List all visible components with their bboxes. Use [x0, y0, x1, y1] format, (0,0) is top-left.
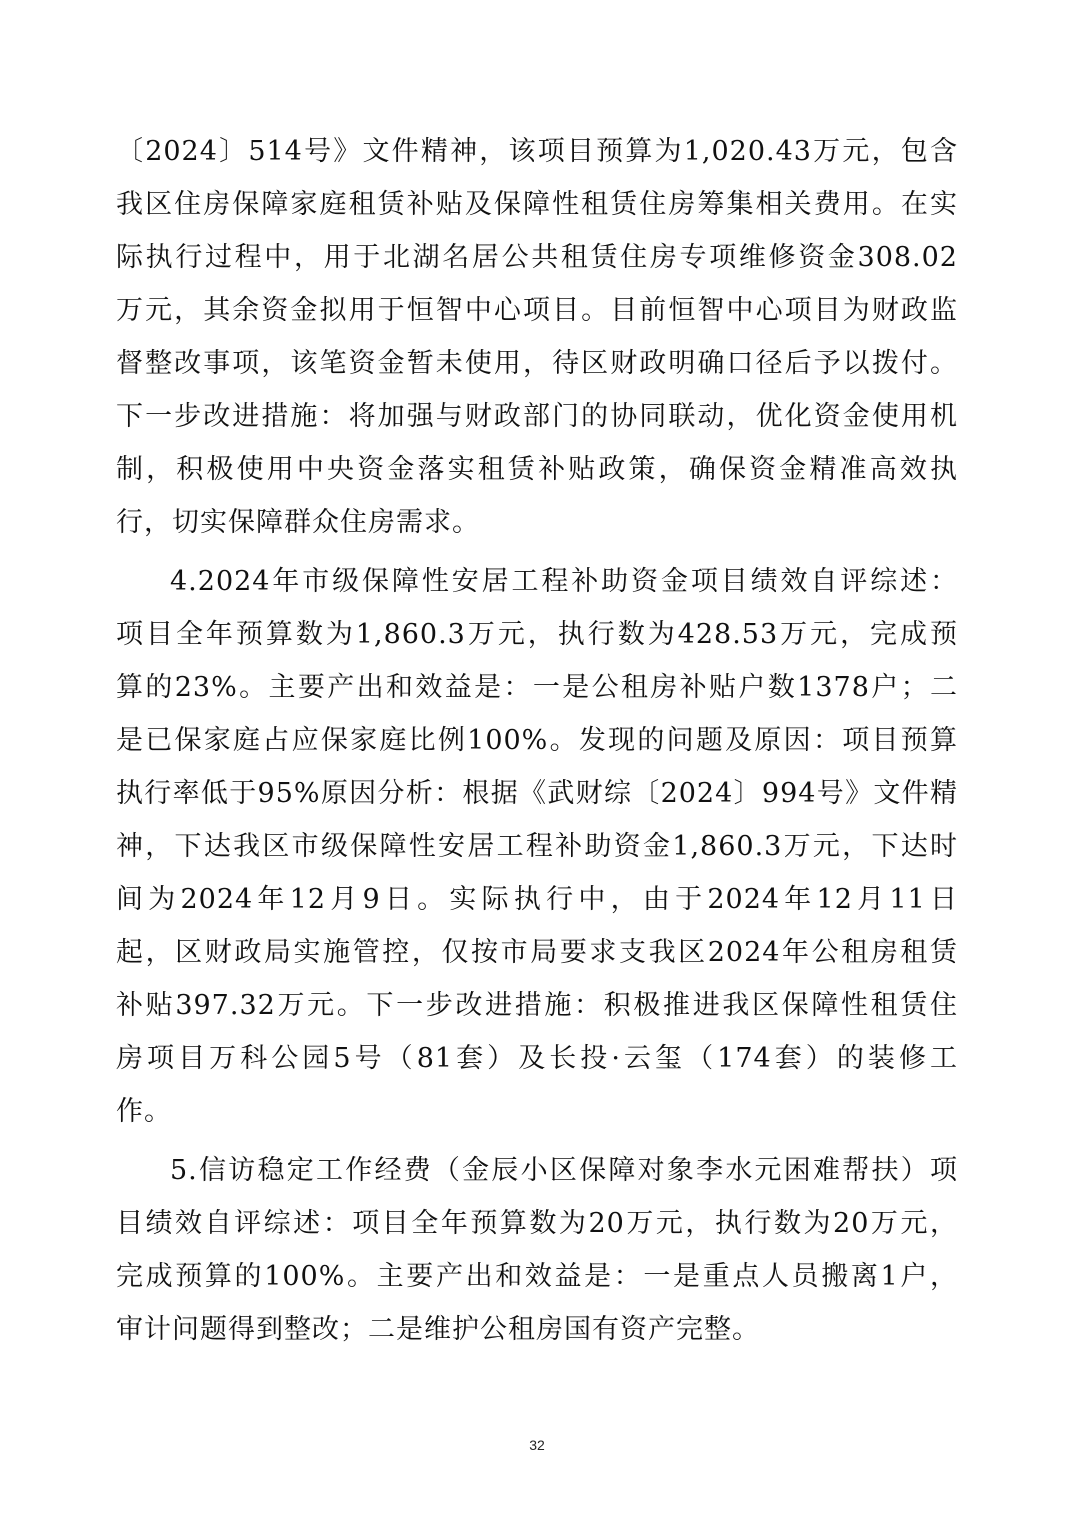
document-page: 〔2024〕514号》文件精神，该项目预算为1,020.43万元，包含 我区住房…	[0, 0, 1074, 1520]
paragraph-line: 是已保家庭占应保家庭比例100%。发现的问题及原因：项目预算	[116, 723, 958, 759]
paragraph-line: 间为2024年12月9日。实际执行中，由于2024年12月11日	[116, 882, 958, 918]
paragraph-line: 作。	[116, 1094, 958, 1130]
paragraph-line: 督整改事项，该笔资金暂未使用，待区财政明确口径后予以拨付。	[116, 346, 958, 382]
paragraph-line: 执行率低于95%原因分析：根据《武财综〔2024〕994号》文件精	[116, 776, 958, 812]
paragraph-line: 际执行过程中，用于北湖名居公共租赁住房专项维修资金308.02	[116, 240, 958, 276]
section-heading-4: 4.2024年市级保障性安居工程补助资金项目绩效自评综述：	[170, 564, 958, 600]
paragraph-line: 下一步改进措施：将加强与财政部门的协同联动，优化资金使用机	[116, 399, 958, 435]
paragraph-line: 完成预算的100%。主要产出和效益是：一是重点人员搬离1户，	[116, 1259, 958, 1295]
paragraph-line: 项目全年预算数为1,860.3万元，执行数为428.53万元，完成预	[116, 617, 958, 653]
paragraph-line: 房项目万科公园5号（81套）及长投·云玺（174套）的装修工	[116, 1041, 958, 1077]
paragraph-line: 补贴397.32万元。下一步改进措施：积极推进我区保障性租赁住	[116, 988, 958, 1024]
paragraph-line: 制，积极使用中央资金落实租赁补贴政策，确保资金精准高效执	[116, 452, 958, 488]
paragraph-line: 万元，其余资金拟用于恒智中心项目。目前恒智中心项目为财政监	[116, 293, 958, 329]
paragraph-line: 目绩效自评综述：项目全年预算数为20万元，执行数为20万元，	[116, 1206, 958, 1242]
page-number: 32	[0, 1437, 1074, 1453]
paragraph-line: 算的23%。主要产出和效益是：一是公租房补贴户数1378户；二	[116, 670, 958, 706]
paragraph-line: 我区住房保障家庭租赁补贴及保障性租赁住房筹集相关费用。在实	[116, 187, 958, 223]
paragraph-line: 神，下达我区市级保障性安居工程补助资金1,860.3万元，下达时	[116, 829, 958, 865]
paragraph-line: 〔2024〕514号》文件精神，该项目预算为1,020.43万元，包含	[116, 134, 958, 170]
paragraph-line: 起，区财政局实施管控，仅按市局要求支我区2024年公租房租赁	[116, 935, 958, 971]
paragraph-line: 行，切实保障群众住房需求。	[116, 505, 958, 541]
paragraph-line: 审计问题得到整改；二是维护公租房国有资产完整。	[116, 1312, 958, 1348]
section-heading-5: 5.信访稳定工作经费（金辰小区保障对象李水元困难帮扶）项	[170, 1153, 958, 1189]
